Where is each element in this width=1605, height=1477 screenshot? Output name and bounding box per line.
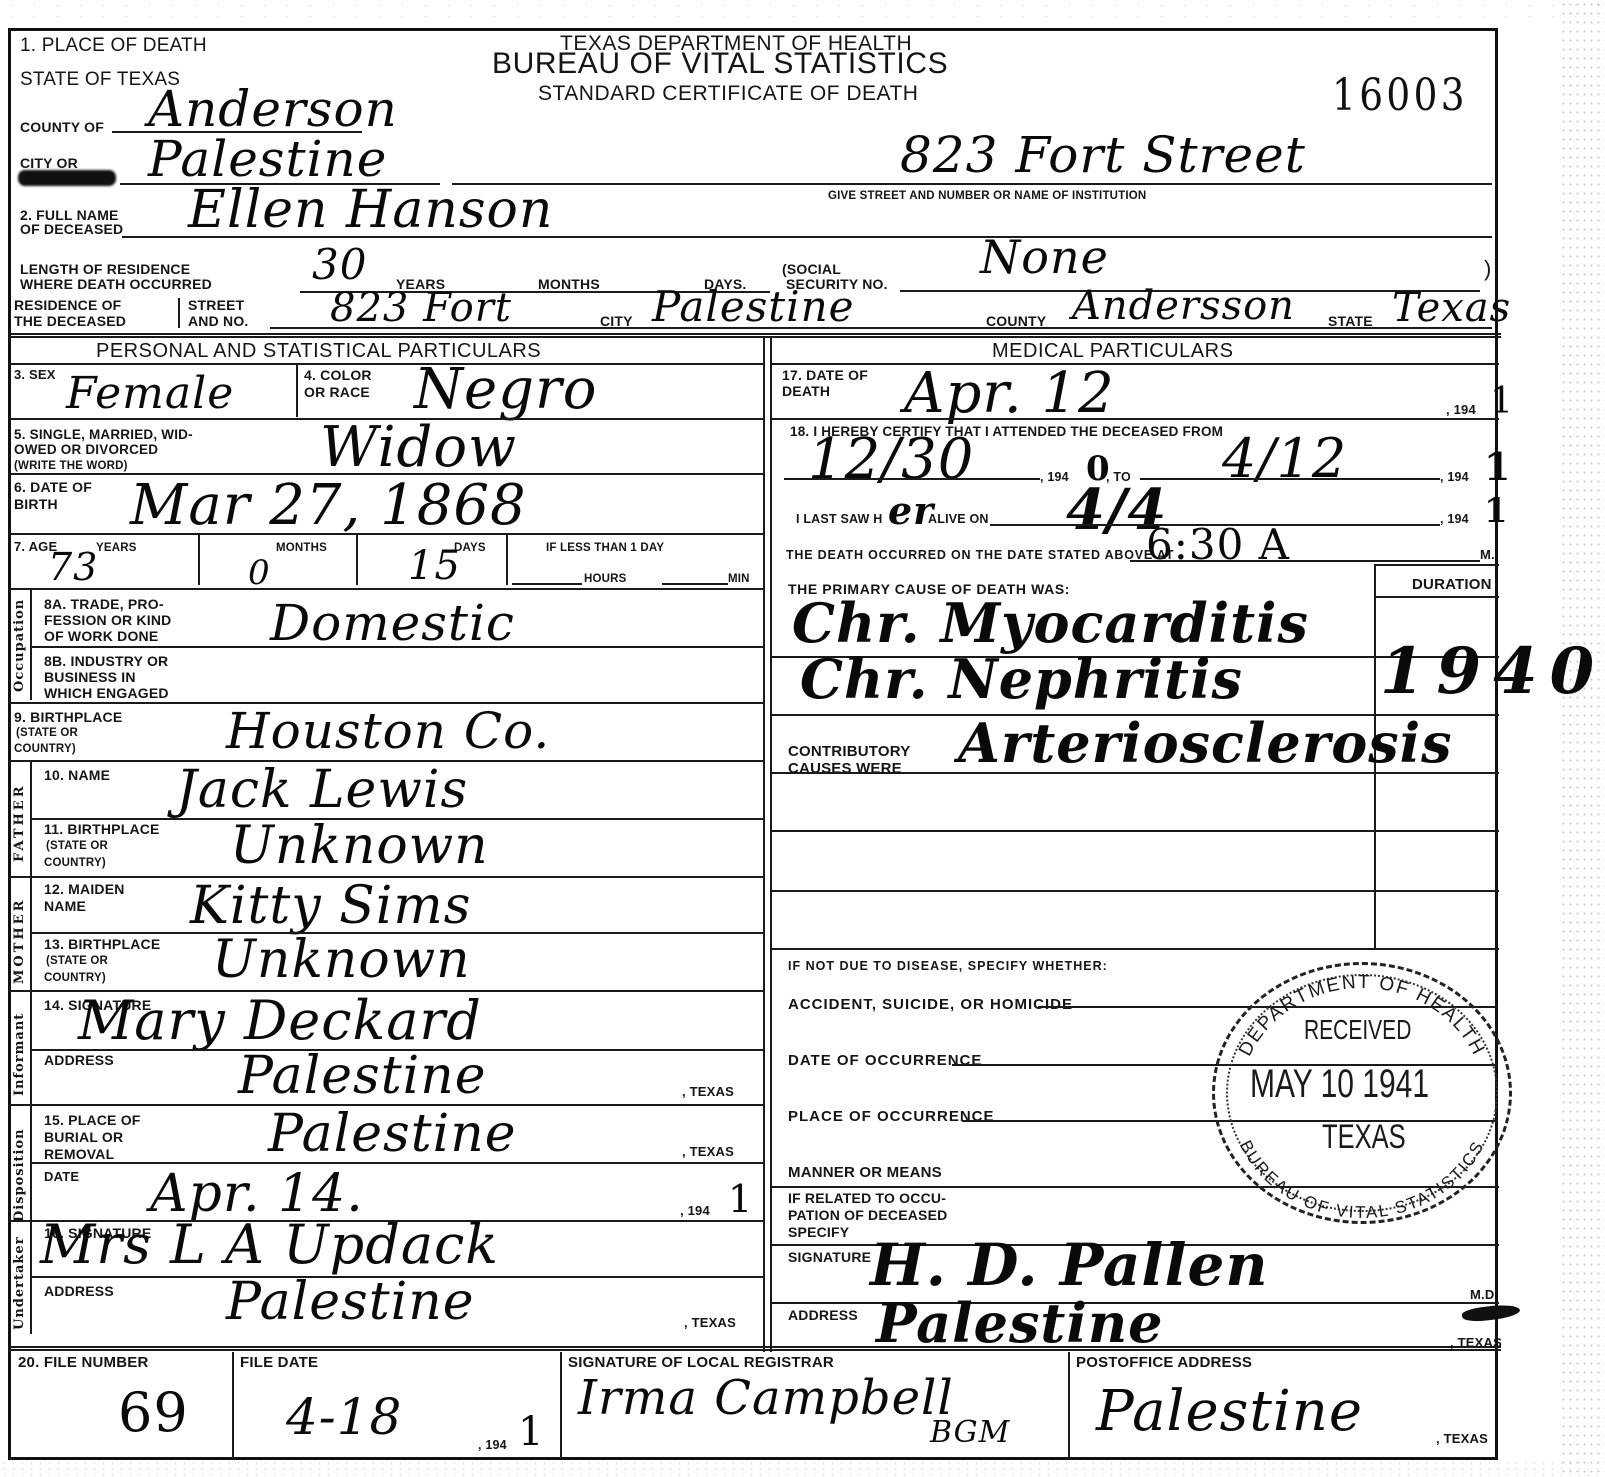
- last-saw-label-2: ALIVE ON: [928, 512, 989, 526]
- residence-city-label: CITY: [600, 314, 633, 328]
- birthplace-label-2: (STATE OR: [16, 727, 78, 739]
- row-line: [30, 646, 763, 648]
- mother-birthplace-label-1: 13. BIRTHPLACE: [44, 937, 160, 951]
- burial-year-prefix: , 194: [680, 1204, 710, 1218]
- side-label-divider: [30, 992, 32, 1104]
- dod-value: Apr. 12: [904, 366, 1115, 422]
- md-suffix: M.D.: [1470, 1288, 1498, 1302]
- residence-length-label-2: WHERE DEATH OCCURRED: [20, 277, 212, 291]
- burial-date-label: DATE: [44, 1170, 79, 1184]
- row-line: [772, 830, 1499, 832]
- last-saw-year-prefix: , 194: [1440, 512, 1469, 526]
- age-divider: [506, 535, 508, 585]
- mother-birthplace-label-2: (STATE OR: [46, 955, 108, 967]
- contributory-value: Arteriosclerosis: [958, 716, 1453, 770]
- father-birthplace-label-3: COUNTRY): [44, 857, 106, 869]
- informant-side-label: Informant: [12, 1013, 27, 1096]
- marital-value: Widow: [320, 420, 517, 476]
- age-divider: [198, 535, 200, 585]
- row-line: [30, 1162, 763, 1164]
- attended-from-value: 12/30: [808, 432, 974, 488]
- informant-signature-value: Mary Deckard: [78, 994, 482, 1048]
- birthplace-value: Houston Co.: [226, 706, 550, 756]
- file-year-prefix: , 194: [478, 1438, 507, 1452]
- age-months-value: 0: [248, 556, 271, 590]
- father-name-label: 10. NAME: [44, 768, 110, 782]
- occupation-related-label-3: SPECIFY: [788, 1225, 849, 1239]
- registrar-signature-value: Irma Campbell: [578, 1374, 954, 1422]
- industry-label-1: 8B. INDUSTRY OR: [44, 654, 168, 668]
- row-line: [772, 418, 1499, 420]
- father-birthplace-label-2: (STATE OR: [46, 840, 108, 852]
- physician-signature-value: H. D. Pallen: [870, 1236, 1269, 1294]
- residence-street-value: 823 Fort: [330, 288, 512, 328]
- bureau-title: BUREAU OF VITAL STATISTICS: [492, 56, 948, 71]
- trade-value: Domestic: [270, 598, 515, 648]
- burial-label-3: REMOVAL: [44, 1147, 114, 1161]
- residence-label-1: RESIDENCE OF: [14, 298, 121, 312]
- burial-texas-suffix: , TEXAS: [682, 1145, 734, 1159]
- marital-label-3: (WRITE THE WORD): [14, 460, 128, 472]
- duration-header-line: [1374, 596, 1499, 598]
- time-line: [1130, 560, 1480, 562]
- burial-place-value: Palestine: [268, 1108, 517, 1160]
- stamp-received: RECEIVED: [1304, 1014, 1411, 1046]
- informant-texas-suffix: , TEXAS: [682, 1085, 734, 1099]
- dob-value: Mar 27, 1868: [130, 478, 527, 534]
- side-label-divider: [30, 590, 32, 700]
- from-line: [784, 478, 1040, 480]
- mother-name-label-2: NAME: [44, 899, 86, 913]
- age-divider: [356, 535, 358, 585]
- occupation-side-label: Occupation: [12, 599, 27, 692]
- marital-label-2: OWED OR DIVORCED: [14, 443, 158, 457]
- undertaker-signature-value: Mrs L A Updack: [40, 1218, 499, 1272]
- city-label: CITY OR: [20, 156, 78, 170]
- occurrence-date-label: DATE OF OCCURRENCE: [788, 1054, 982, 1068]
- dob-label-1: 6. DATE OF: [14, 480, 92, 494]
- undertaker-side-label: Undertaker: [12, 1236, 27, 1330]
- file-date-label: FILE DATE: [240, 1356, 318, 1370]
- dod-year-prefix: , 194: [1446, 403, 1476, 417]
- mother-name-label-1: 12. MAIDEN: [44, 882, 125, 896]
- certificate-number: 16003: [1332, 70, 1468, 121]
- last-saw-label-1: I LAST SAW H: [796, 512, 882, 526]
- row-line: [8, 533, 763, 535]
- full-name-label-1: 2. FULL NAME: [20, 208, 119, 222]
- registrar-label: SIGNATURE OF LOCAL REGISTRAR: [568, 1356, 834, 1370]
- trade-label-1: 8A. TRADE, PRO-: [44, 597, 164, 611]
- ssn-value: None: [980, 234, 1109, 280]
- mother-birthplace-value: Unknown: [212, 934, 471, 986]
- residence-city-value: Palestine: [652, 286, 854, 328]
- row-line: [8, 363, 763, 365]
- manner-label: MANNER OR MEANS: [788, 1166, 942, 1180]
- column-divider-a: [763, 338, 765, 1352]
- sex-label: 3. SEX: [14, 368, 56, 382]
- less-than-day-label: IF LESS THAN 1 DAY: [546, 542, 664, 554]
- cause-1-value: Chr. Myocarditis: [792, 596, 1309, 650]
- stamp-state: TEXAS: [1322, 1118, 1406, 1157]
- occurrence-place-label: PLACE OF OCCURRENCE: [788, 1110, 995, 1124]
- county-value: Anderson: [148, 84, 398, 134]
- row-line: [772, 363, 1499, 365]
- filing-divider-3: [1068, 1352, 1070, 1460]
- burial-year-suffix: 1: [728, 1180, 753, 1218]
- age-days-value: 15: [408, 546, 461, 586]
- side-label-divider: [30, 878, 32, 990]
- trade-label-2: FESSION OR KIND: [44, 613, 171, 627]
- street-label-1: STREET: [188, 298, 244, 312]
- industry-label-3: WHICH ENGAGED: [44, 686, 169, 700]
- sex-race-divider: [296, 365, 298, 417]
- accident-label: ACCIDENT, SUICIDE, OR HOMICIDE: [788, 998, 1073, 1012]
- mother-name-value: Kitty Sims: [190, 880, 471, 932]
- residence-state-label: STATE: [1328, 314, 1373, 328]
- informant-address-label: ADDRESS: [44, 1053, 114, 1067]
- file-number-value: 69: [118, 1386, 189, 1440]
- city-value: Palestine: [148, 134, 387, 184]
- hours-line: [512, 583, 582, 585]
- marital-label-1: 5. SINGLE, MARRIED, WID-: [14, 428, 193, 442]
- burial-label-2: BURIAL OR: [44, 1130, 123, 1144]
- duration-label: DURATION: [1412, 578, 1492, 592]
- residence-label-2: THE DECEASED: [14, 314, 126, 328]
- physician-address-value: Palestine: [876, 1296, 1164, 1350]
- months-label: MONTHS: [538, 277, 600, 291]
- occupation-related-label-2: PATION OF DECEASED: [788, 1208, 947, 1222]
- postoffice-value: Palestine: [1096, 1384, 1363, 1440]
- informant-address-value: Palestine: [238, 1050, 487, 1102]
- physician-address-label: ADDRESS: [788, 1308, 858, 1322]
- sex-value: Female: [66, 372, 234, 416]
- place-of-death-label: 1. PLACE OF DEATH: [20, 37, 207, 54]
- ssn-label-1: (SOCIAL: [782, 262, 841, 276]
- burial-label-1: 15. PLACE OF: [44, 1113, 141, 1127]
- occupation-related-label-1: IF RELATED TO OCCU-: [788, 1191, 946, 1205]
- residence-county-value: Andersson: [1072, 286, 1295, 326]
- time-label: THE DEATH OCCURRED ON THE DATE STATED AB…: [786, 548, 1174, 562]
- street-hint: GIVE STREET AND NUMBER OR NAME OF INSTIT…: [828, 190, 1146, 202]
- filing-divider-2: [560, 1352, 562, 1460]
- contributory-label-1: CONTRIBUTORY: [788, 745, 910, 759]
- residence-line: [270, 327, 1492, 329]
- cause-2-value: Chr. Nephritis: [800, 652, 1243, 706]
- residence-county-label: COUNTY: [986, 314, 1046, 328]
- trade-label-3: OF WORK DONE: [44, 629, 158, 643]
- residence-length-label-1: LENGTH OF RESIDENCE: [20, 262, 190, 276]
- residence-years-value: 30: [312, 244, 367, 286]
- to-year-prefix: , 194: [1440, 470, 1469, 484]
- scan-noise-bottom: [0, 1460, 1605, 1477]
- age-months-label: MONTHS: [276, 542, 327, 554]
- residence-state-value: Texas: [1392, 288, 1511, 328]
- column-divider-b: [770, 338, 772, 1352]
- file-number-label: 20. FILE NUMBER: [18, 1356, 149, 1370]
- section-divider: [8, 333, 1501, 338]
- duration-top-line: [1374, 564, 1499, 566]
- to-line: [1140, 478, 1440, 480]
- physician-signature-label: SIGNATURE: [788, 1250, 871, 1264]
- min-label: MIN: [728, 573, 750, 585]
- file-date-value: 4-18: [286, 1392, 402, 1442]
- registrar-initials: BGM: [930, 1418, 1010, 1448]
- min-line: [662, 583, 728, 585]
- time-suffix: M.: [1480, 548, 1495, 562]
- postoffice-texas-suffix: , TEXAS: [1436, 1432, 1488, 1446]
- dod-label-2: DEATH: [782, 384, 830, 398]
- row-line: [772, 772, 1499, 774]
- file-year-suffix: 1: [518, 1412, 544, 1452]
- father-birthplace-label-1: 11. BIRTHPLACE: [44, 822, 160, 836]
- race-label-1: 4. COLOR: [304, 368, 372, 382]
- street-label-2: AND NO.: [188, 314, 249, 328]
- redacted-text: [18, 170, 116, 186]
- mother-side-label: MOTHER: [12, 898, 27, 984]
- stamp-date: MAY 10 1941: [1250, 1062, 1429, 1107]
- race-value: Negro: [414, 362, 597, 418]
- full-name-label-2: OF DECEASED: [20, 222, 123, 236]
- industry-label-2: BUSINESS IN: [44, 670, 136, 684]
- full-name-line: [122, 236, 1492, 238]
- from-year-prefix: , 194: [1040, 470, 1069, 484]
- birthplace-label-1: 9. BIRTHPLACE: [14, 710, 122, 724]
- hours-label: HOURS: [584, 573, 627, 585]
- dob-label-2: BIRTH: [14, 497, 58, 511]
- duration-value: 1940: [1380, 640, 1605, 704]
- row-line: [772, 890, 1499, 892]
- undertaker-address-label: ADDRESS: [44, 1284, 114, 1298]
- to-year-suffix: 1: [1484, 448, 1511, 486]
- medical-section-title: MEDICAL PARTICULARS: [992, 341, 1233, 361]
- disposition-side-label: Disposition: [12, 1128, 27, 1222]
- residence-divider: [178, 298, 180, 328]
- mother-birthplace-label-3: COUNTRY): [44, 972, 106, 984]
- undertaker-address-value: Palestine: [226, 1276, 475, 1328]
- row-line: [8, 588, 763, 590]
- filing-divider: [8, 1346, 1501, 1351]
- father-name-value: Jack Lewis: [176, 764, 468, 816]
- age-years-label: YEARS: [96, 542, 137, 554]
- form-title: STANDARD CERTIFICATE OF DEATH: [538, 86, 918, 101]
- father-side-label: FATHER: [12, 783, 27, 862]
- age-years-value: 73: [48, 548, 98, 586]
- dod-year-suffix: 1: [1490, 384, 1514, 420]
- ssn-close-paren: ): [1484, 260, 1492, 277]
- dod-label-1: 17. DATE OF: [782, 368, 868, 382]
- not-disease-label: IF NOT DUE TO DISEASE, SPECIFY WHETHER:: [788, 960, 1108, 972]
- side-label-divider: [30, 1222, 32, 1334]
- filing-divider-1: [232, 1352, 234, 1460]
- scan-noise-top: [0, 0, 1605, 26]
- full-name-value: Ellen Hanson: [188, 184, 553, 236]
- father-birthplace-value: Unknown: [230, 820, 489, 872]
- scan-noise-right: [1560, 0, 1605, 1477]
- last-saw-year-suffix: 1: [1484, 494, 1509, 528]
- race-label-2: OR RACE: [304, 385, 370, 399]
- undertaker-texas-suffix: , TEXAS: [684, 1316, 736, 1330]
- place-street-value: 823 Fort Street: [900, 130, 1306, 180]
- postoffice-label: POSTOFFICE ADDRESS: [1076, 1356, 1252, 1370]
- county-label: COUNTY OF: [20, 120, 104, 134]
- birthplace-label-3: COUNTRY): [14, 743, 76, 755]
